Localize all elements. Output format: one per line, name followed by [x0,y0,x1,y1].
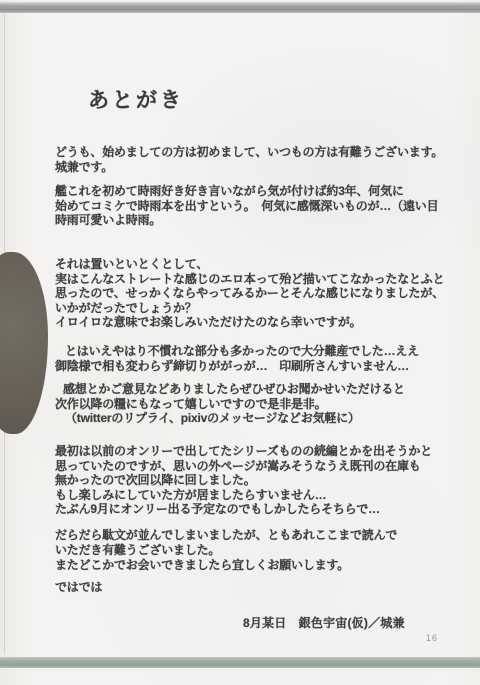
paragraph-series-plans: 最初は以前のオンリーで出してたシリーズものの続編とかを出そうかと 思っていたので… [55,444,432,517]
text-line: 始めてコミケで時雨本を出すという。 何気に感慨深いものが…（遠い目 [55,199,438,214]
text-line: いかがだったでしょうか？ [55,301,444,316]
text-line: ではでは [55,580,102,595]
text-line: 最初は以前のオンリーで出してたシリーズものの続編とかを出そうかと [55,444,432,459]
afterword-title: あとがき [88,84,184,114]
text-line: 無かったので次回以降に回しました。 [55,473,432,488]
text-line: だらだら駄文が並んでしまいましたが、ともあれここまで読んで [55,528,397,543]
text-line: 城兼です。 [55,160,443,175]
scan-artifact-bottom-band [0,657,480,668]
text-line: 感想とかご意見などありましたらぜひぜひお聞かせいただけると [55,382,405,397]
paragraph-book-concept: それは置いといとくとして、 実はこんなストレートな感じのエロ本って殆ど描いてこな… [55,257,444,330]
scanned-afterword-page: あとがき どうも、始めましての方は初めまして、いつもの方は有難うございます。 城… [0,0,480,685]
text-line: それは置いといとくとして、 [55,257,444,272]
text-line: またどこかでお会いできましたら宜しくお願いします。 [55,558,397,573]
text-line: たぶん9月にオンリー出る予定なのでもしかしたらそちらで… [55,502,432,517]
text-line: とはいえやはり不慣れな部分も多かったので大分難産でした…ええ [55,344,419,359]
scan-shadow-blob [0,252,48,434]
text-line: 時雨可愛いよ時雨。 [55,213,438,228]
paragraph-thanks: だらだら駄文が並んでしまいましたが、ともあれここまで読んで いただき有難うござい… [55,528,397,574]
text-line: イロイロな意味でお楽しみいただけたのなら幸いですが。 [55,315,444,330]
text-line: （twitterのリプライ、pixivのメッセージなどお気軽に） [55,411,405,426]
page-number: 16 [426,633,438,643]
text-line: いただき有難うございました。 [55,543,397,558]
paragraph-farewell: ではでは [55,580,102,595]
scan-artifact-top-band [0,2,480,13]
paragraph-deadline: とはいえやはり不慣れな部分も多かったので大分難産でした…ええ 御陰様で相も変わら… [55,344,419,373]
paragraph-feedback-request: 感想とかご意見などありましたらぜひぜひお聞かせいただけると 次作以降の糧にもなっ… [55,382,405,426]
text-line: 御陰様で相も変わらず締切りががっが… 印刷所さんすいません… [55,359,419,374]
paragraph-kancolle: 艦これを初めて時雨好き好き言いながら気が付けば約3年、何気に 始めてコミケで時雨… [55,184,438,228]
text-line: もし楽しみにしていた方が居ましたらすいません… [55,488,432,503]
text-line: 思っていたのですが、思いの外ページが嵩みそうなうえ既刊の在庫も [55,459,432,474]
text-line: 次作以降の糧にもなって嬉しいですので是非是非。 [55,397,405,412]
text-line: 思ったので、せっかくならやってみるかーとそんな感じになりましたが、 [55,286,444,301]
text-line: どうも、始めましての方は初めまして、いつもの方は有難うございます。 [55,145,443,160]
text-line: 艦これを初めて時雨好き好き言いながら気が付けば約3年、何気に [55,184,438,199]
paragraph-greeting: どうも、始めましての方は初めまして、いつもの方は有難うございます。 城兼です。 [55,145,443,174]
signature-line: 8月某日 銀色宇宙(仮)／城兼 [243,614,405,631]
text-line: 実はこんなストレートな感じのエロ本って殆ど描いてこなかったなとふと [55,272,444,287]
